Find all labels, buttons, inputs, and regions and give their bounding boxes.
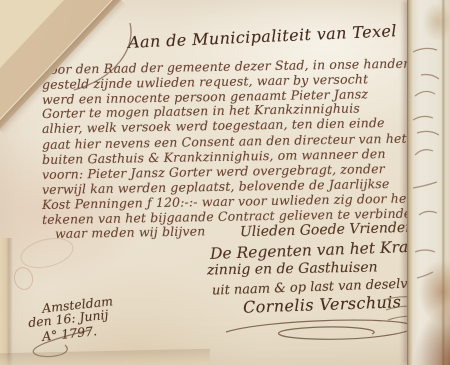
paper-ring-stain [12, 265, 35, 291]
closing-valediction: Ulieden Goede Vrienden [240, 220, 415, 241]
left-page-seam [0, 238, 13, 365]
letter-heading: Aan de Municipaliteit van Texel [128, 21, 397, 52]
closing-sender-line2: zinnig en de Gasthuisen [207, 260, 378, 279]
signature-flourish [222, 312, 427, 346]
underlying-page-corner [0, 0, 70, 72]
document-photo: N°. 31. Aan de Municipaliteit van Texel … [0, 0, 450, 365]
letter-page: N°. 31. Aan de Municipaliteit van Texel … [0, 0, 450, 365]
closing-sender-line1: De Regenten van het Krank: [210, 237, 433, 263]
adjacent-page-edge [407, 0, 450, 365]
adjacent-page-ink-marks [407, 0, 450, 365]
signature-text: Cornelis Verschuis [243, 292, 402, 317]
body-line: waar meden wij blijven [55, 223, 206, 241]
